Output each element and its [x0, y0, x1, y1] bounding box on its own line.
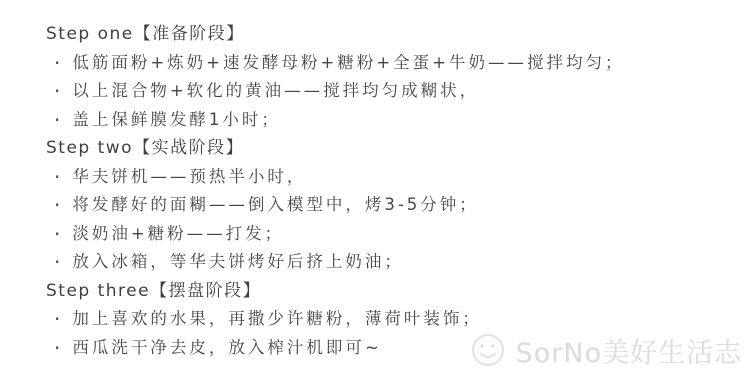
recipe-page: Step one【准备阶段】 · 低筋面粉+炼奶+速发酵母粉+糖粉+全蛋+牛奶—… — [0, 0, 754, 378]
bullet-dot-icon: · — [54, 305, 60, 334]
watermark: SorNo美好生活志 — [468, 330, 742, 370]
recipe-line: · 以上混合物+软化的黄油——搅拌均匀成糊状， — [46, 77, 744, 106]
step-three-header: Step three【摆盘阶段】 — [46, 277, 744, 306]
bullet-dot-icon: · — [54, 191, 60, 220]
step-two-header: Step two【实战阶段】 — [46, 134, 744, 163]
bullet-dot-icon: · — [54, 106, 60, 135]
step-one-section: Step one【准备阶段】 · 低筋面粉+炼奶+速发酵母粉+糖粉+全蛋+牛奶—… — [46, 20, 744, 134]
recipe-line: · 华夫饼机——预热半小时， — [46, 163, 744, 192]
bullet-dot-icon: · — [54, 163, 60, 192]
bullet-dot-icon: · — [54, 334, 60, 363]
step-two-section: Step two【实战阶段】 · 华夫饼机——预热半小时， · 将发酵好的面糊—… — [46, 134, 744, 277]
recipe-line-text: 放入冰箱，等华夫饼烤好后挤上奶油； — [72, 248, 404, 277]
watermark-text: SorNo美好生活志 — [516, 331, 742, 370]
recipe-line-text: 以上混合物+软化的黄油——搅拌均匀成糊状， — [72, 77, 479, 106]
recipe-line: · 盖上保鲜膜发酵1小时； — [46, 106, 744, 135]
recipe-line-text: 盖上保鲜膜发酵1小时； — [72, 106, 281, 135]
recipe-line-text: 淡奶油+糖粉——打发； — [72, 220, 284, 249]
recipe-line: · 低筋面粉+炼奶+速发酵母粉+糖粉+全蛋+牛奶——搅拌均匀； — [46, 49, 744, 78]
recipe-line-text: 华夫饼机——预热半小时， — [72, 163, 306, 192]
bullet-dot-icon: · — [54, 220, 60, 249]
step-one-header: Step one【准备阶段】 — [46, 20, 744, 49]
smiley-face-icon — [468, 330, 508, 370]
recipe-line: · 将发酵好的面糊——倒入模型中，烤3-5分钟； — [46, 191, 744, 220]
bullet-dot-icon: · — [54, 49, 60, 78]
recipe-line-text: 加上喜欢的水果，再撒少许糖粉，薄荷叶装饰； — [72, 305, 482, 334]
recipe-line: · 放入冰箱，等华夫饼烤好后挤上奶油； — [46, 248, 744, 277]
recipe-line-text: 低筋面粉+炼奶+速发酵母粉+糖粉+全蛋+牛奶——搅拌均匀； — [72, 49, 624, 78]
recipe-content: Step one【准备阶段】 · 低筋面粉+炼奶+速发酵母粉+糖粉+全蛋+牛奶—… — [46, 20, 744, 362]
bullet-dot-icon: · — [54, 77, 60, 106]
recipe-line-text: 西瓜洗干净去皮，放入榨汁机即可~ — [72, 334, 381, 363]
bullet-dot-icon: · — [54, 248, 60, 277]
recipe-line: · 淡奶油+糖粉——打发； — [46, 220, 744, 249]
recipe-line-text: 将发酵好的面糊——倒入模型中，烤3-5分钟； — [72, 191, 478, 220]
